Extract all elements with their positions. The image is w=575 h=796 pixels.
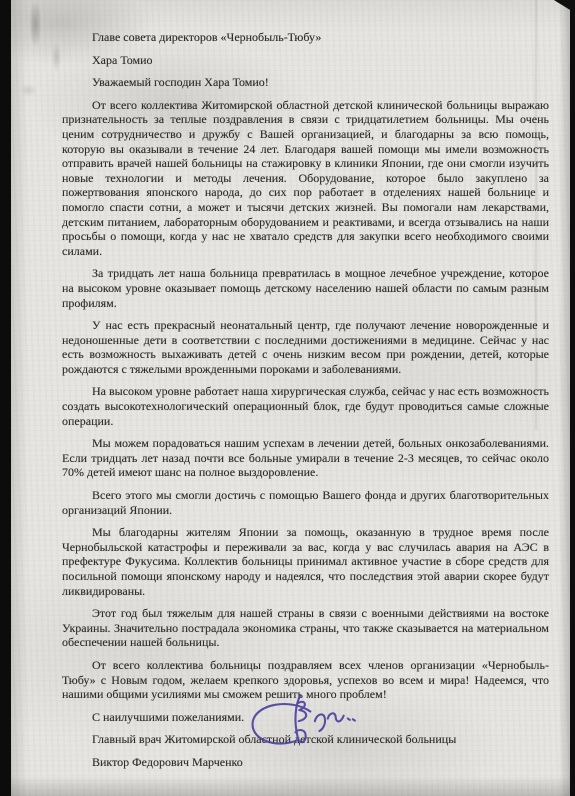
letter-paragraph: От всего коллектива Житомирской областно… — [62, 98, 549, 259]
letter-paragraph: Мы благодарны жителям Японии за помощь, … — [62, 525, 549, 598]
recipient-title-line: Главе совета директоров «Чернобыль-Тюбу» — [62, 30, 549, 45]
handwritten-signature — [243, 689, 358, 759]
scanned-letter-page: Главе совета директоров «Чернобыль-Тюбу»… — [0, 0, 575, 796]
letter-paragraph: На высоком уровне работает наша хирургич… — [62, 384, 549, 428]
salutation-line: Уважаемый господин Хара Томио! — [62, 75, 549, 90]
letter-paragraph: Мы можем порадоваться нашим успехам в ле… — [62, 436, 549, 480]
scan-edge-right — [570, 0, 575, 796]
signer-name: Виктор Федорович Марченко — [62, 755, 549, 770]
recipient-name-line: Хара Томио — [62, 53, 549, 68]
signature-strokes — [251, 692, 356, 745]
letter-paragraph: У нас есть прекрасный неонатальный центр… — [62, 318, 549, 376]
letter-paragraph: За тридцать лет наша больница превратила… — [62, 266, 549, 310]
letter-paragraph: Всего этого мы смогли достичь с помощью … — [62, 488, 549, 517]
letter-paragraph: Этот год был тяжелым для нашей страны в … — [62, 606, 549, 650]
letter-content: Главе совета директоров «Чернобыль-Тюбу»… — [62, 30, 549, 778]
